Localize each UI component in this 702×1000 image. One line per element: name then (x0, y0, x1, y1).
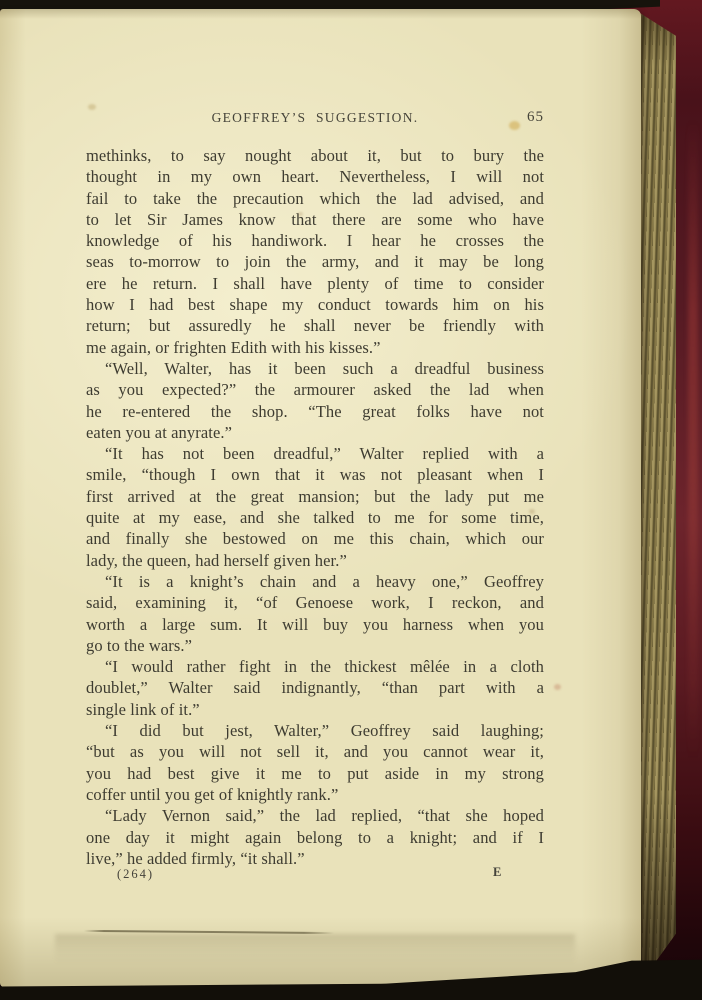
text-line: “but as you will not sell it, and you ca… (86, 741, 544, 762)
text-line: “Lady Vernon said,” the lad replied, “th… (86, 805, 544, 826)
text-line: go to the wars.” (86, 635, 544, 656)
text-line: “I did but jest, Walter,” Geoffrey said … (86, 720, 544, 741)
page-footer: (264) E (86, 865, 544, 883)
text-line: “I would rather fight in the thickest mê… (86, 656, 544, 677)
text-line: eaten you at anyrate.” (86, 422, 544, 443)
text-line: doublet,” Walter said indignantly, “than… (86, 677, 544, 698)
text-line: you had best give it me to put aside in … (86, 763, 544, 784)
text-line: lady, the queen, had herself given her.” (86, 550, 544, 571)
text-line: “It is a knight’s chain and a heavy one,… (86, 571, 544, 592)
text-line: “It has not been dreadful,” Walter repli… (86, 443, 544, 464)
book-page-scan: GEOFFREY’S SUGGESTION. 65 methinks, to s… (0, 0, 702, 1000)
page-header: GEOFFREY’S SUGGESTION. 65 (86, 110, 544, 130)
text-line: methinks, to say nought about it, but to… (86, 145, 544, 166)
text-line: as you expected?” the armourer asked the… (86, 379, 544, 400)
text-line: and finally she bestowed on me this chai… (86, 528, 544, 549)
text-line: quite at my ease, and she talked to me f… (86, 507, 544, 528)
text-line: said, examining it, “of Genoese work, I … (86, 592, 544, 613)
foxing-spot (88, 104, 96, 110)
text-line: return; but assuredly he shall never be … (86, 315, 544, 336)
text-line: smile, “though I own that it was not ple… (86, 464, 544, 485)
cover-highlight (688, 120, 698, 760)
text-line: coffer until you get of knightly rank.” (86, 784, 544, 805)
text-line: first arrived at the great mansion; but … (86, 486, 544, 507)
text-line: fail to take the precaution which the la… (86, 188, 544, 209)
text-line: thought in my own heart. Nevertheless, I… (86, 166, 544, 187)
page-curl-shadow (55, 934, 575, 964)
running-title: GEOFFREY’S SUGGESTION. (86, 110, 544, 126)
text-line: one day it might again belong to a knigh… (86, 827, 544, 848)
text-line: how I had best shape my conduct towards … (86, 294, 544, 315)
text-line: ere he return. I shall have plenty of ti… (86, 273, 544, 294)
body-text: methinks, to say nought about it, but to… (86, 145, 544, 869)
foxing-spot (554, 684, 561, 690)
text-line: me again, or frighten Edith with his kis… (86, 337, 544, 358)
foxing-spot (529, 509, 535, 514)
text-line: “Well, Walter, has it been such a dreadf… (86, 358, 544, 379)
text-line: seas to-morrow to join the army, and it … (86, 251, 544, 272)
page-number: 65 (527, 109, 544, 126)
book-page: GEOFFREY’S SUGGESTION. 65 methinks, to s… (0, 9, 641, 987)
foxing-spot (509, 121, 520, 130)
foxing-spot (298, 212, 303, 216)
text-line: knowledge of his handiwork. I hear he cr… (86, 230, 544, 251)
text-line: single link of it.” (86, 699, 544, 720)
text-line: to let Sir James know that there are som… (86, 209, 544, 230)
gathering-letter: E (493, 865, 502, 880)
text-line: worth a large sum. It will buy you harne… (86, 614, 544, 635)
signature-mark: (264) (117, 867, 154, 882)
text-line: he re-entered the shop. “The great folks… (86, 401, 544, 422)
